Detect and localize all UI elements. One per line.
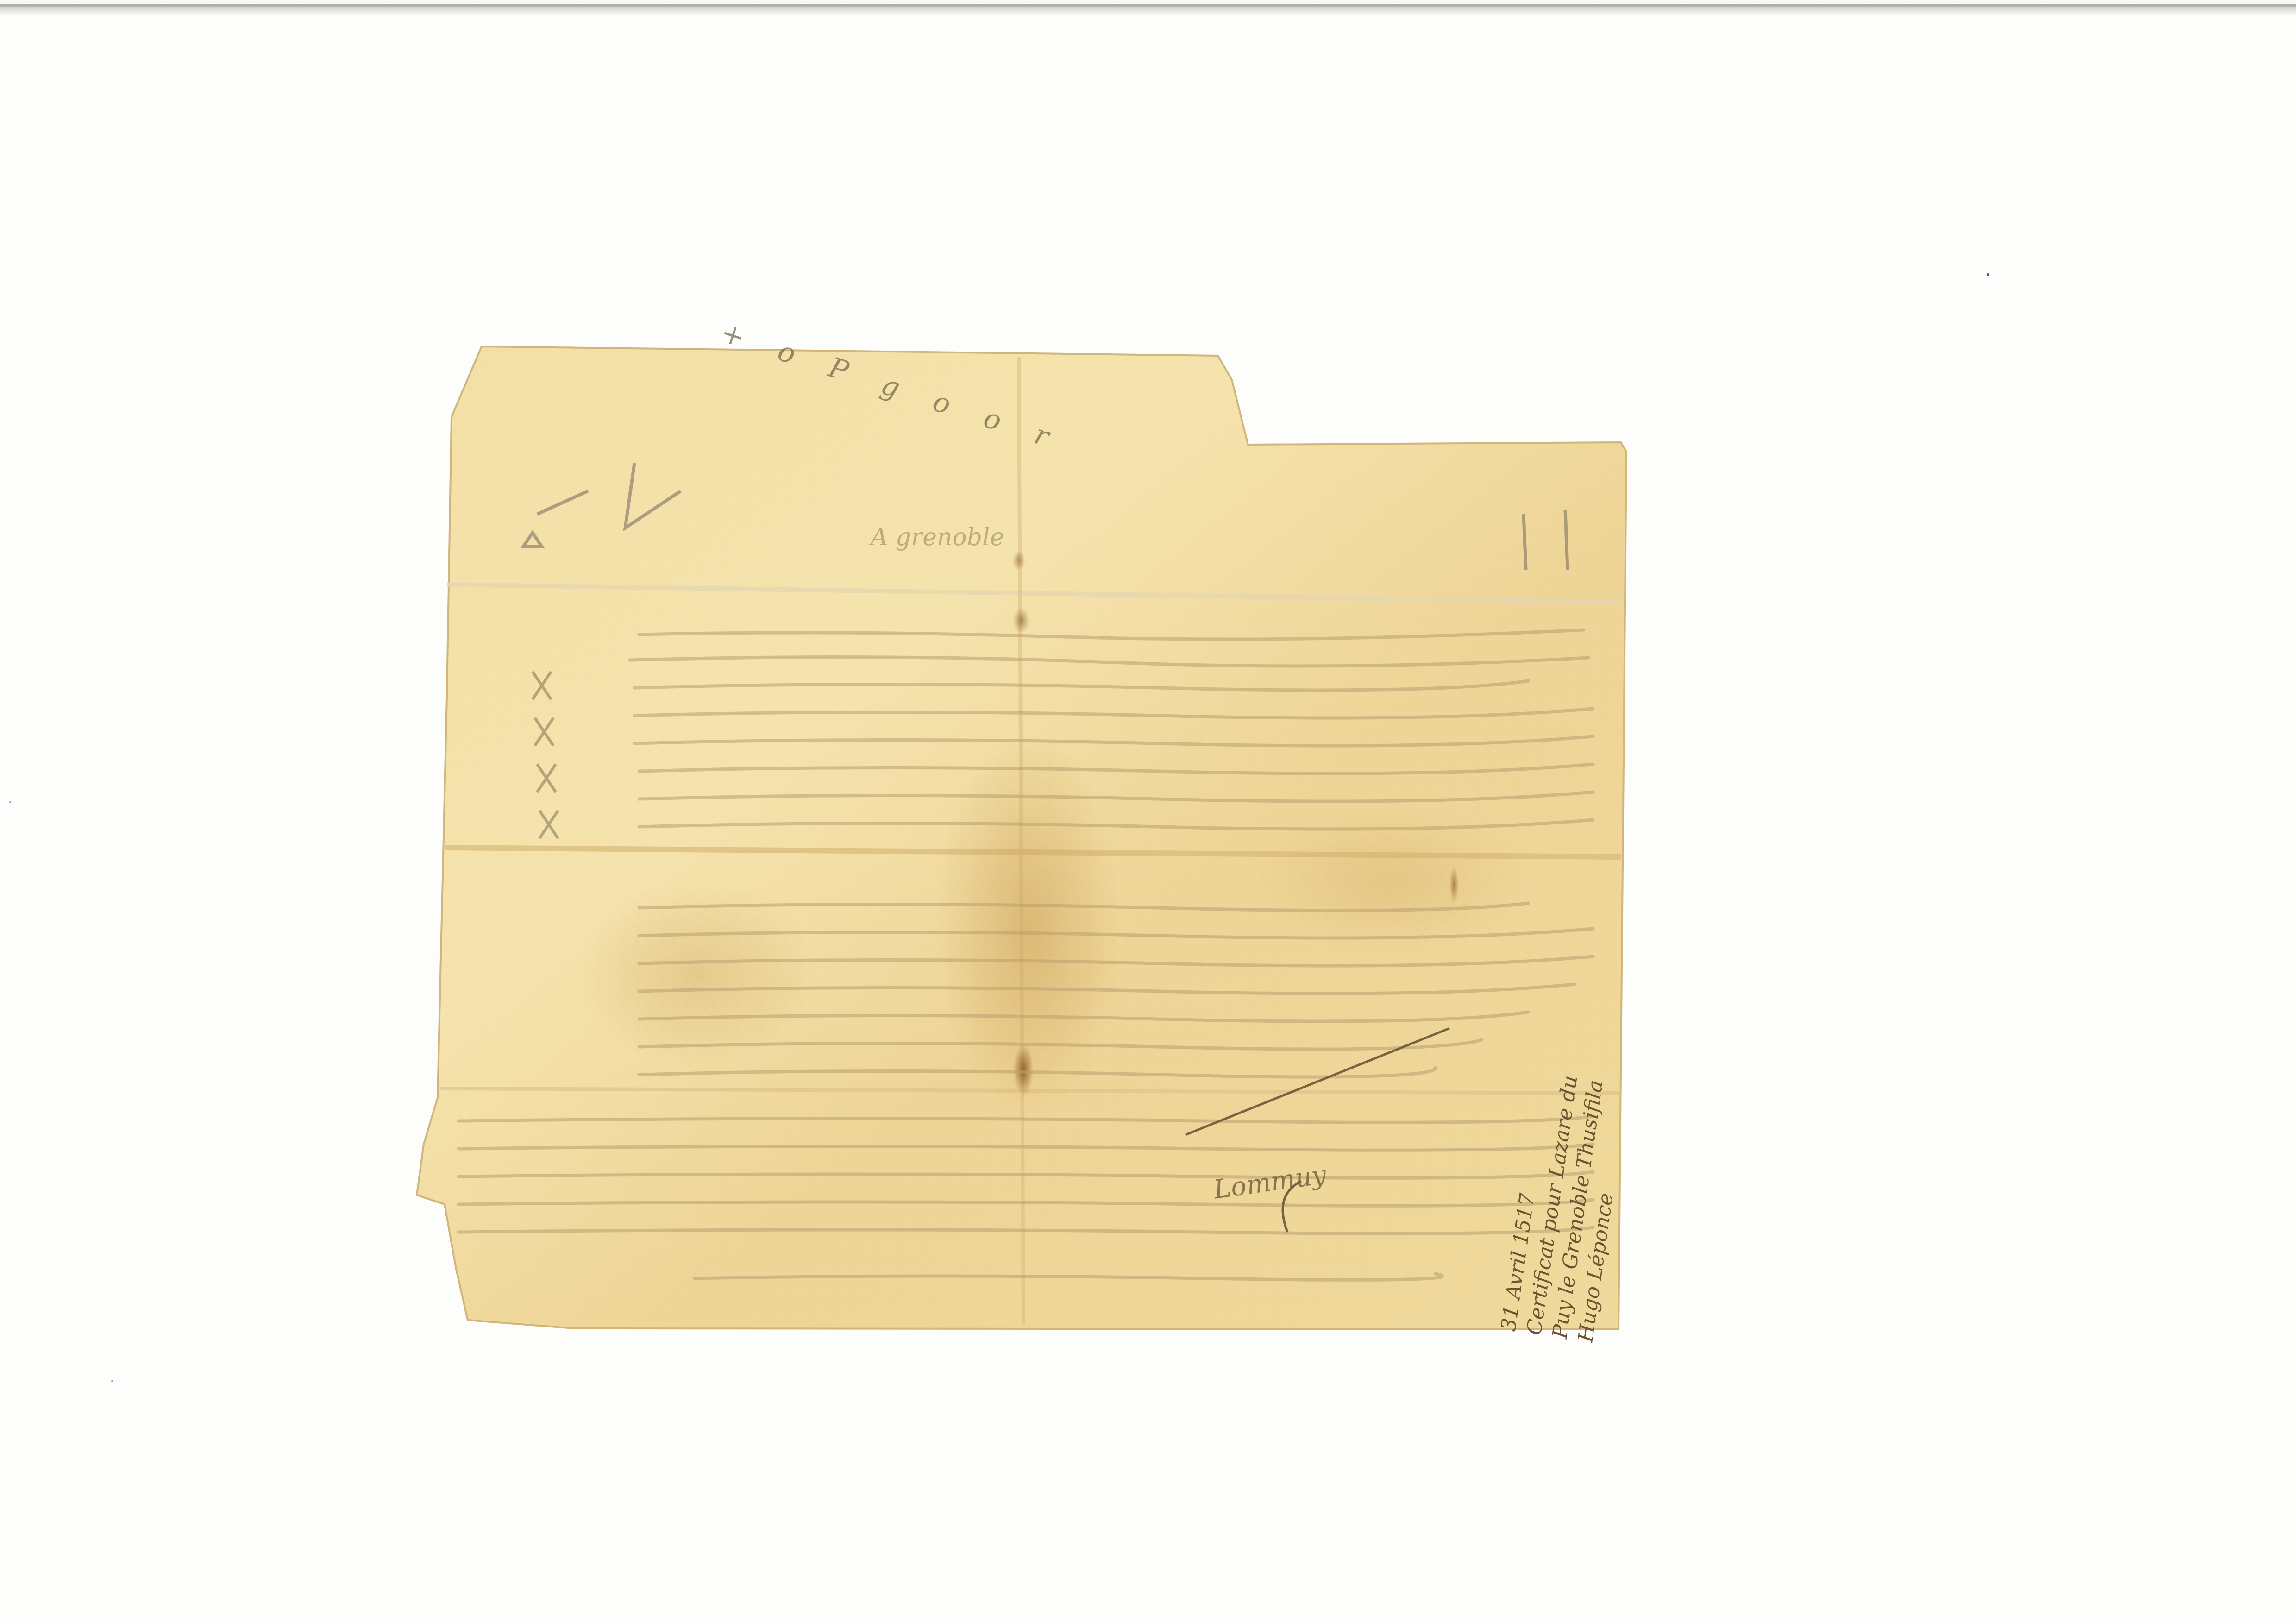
faded-heading: A grenoble (871, 523, 1004, 551)
ink-spot (1013, 608, 1029, 634)
ink-spot (1449, 866, 1459, 903)
parchment-sheet (0, 0, 2296, 1623)
ink-spot (1013, 1044, 1034, 1095)
ink-spot (1012, 550, 1025, 571)
